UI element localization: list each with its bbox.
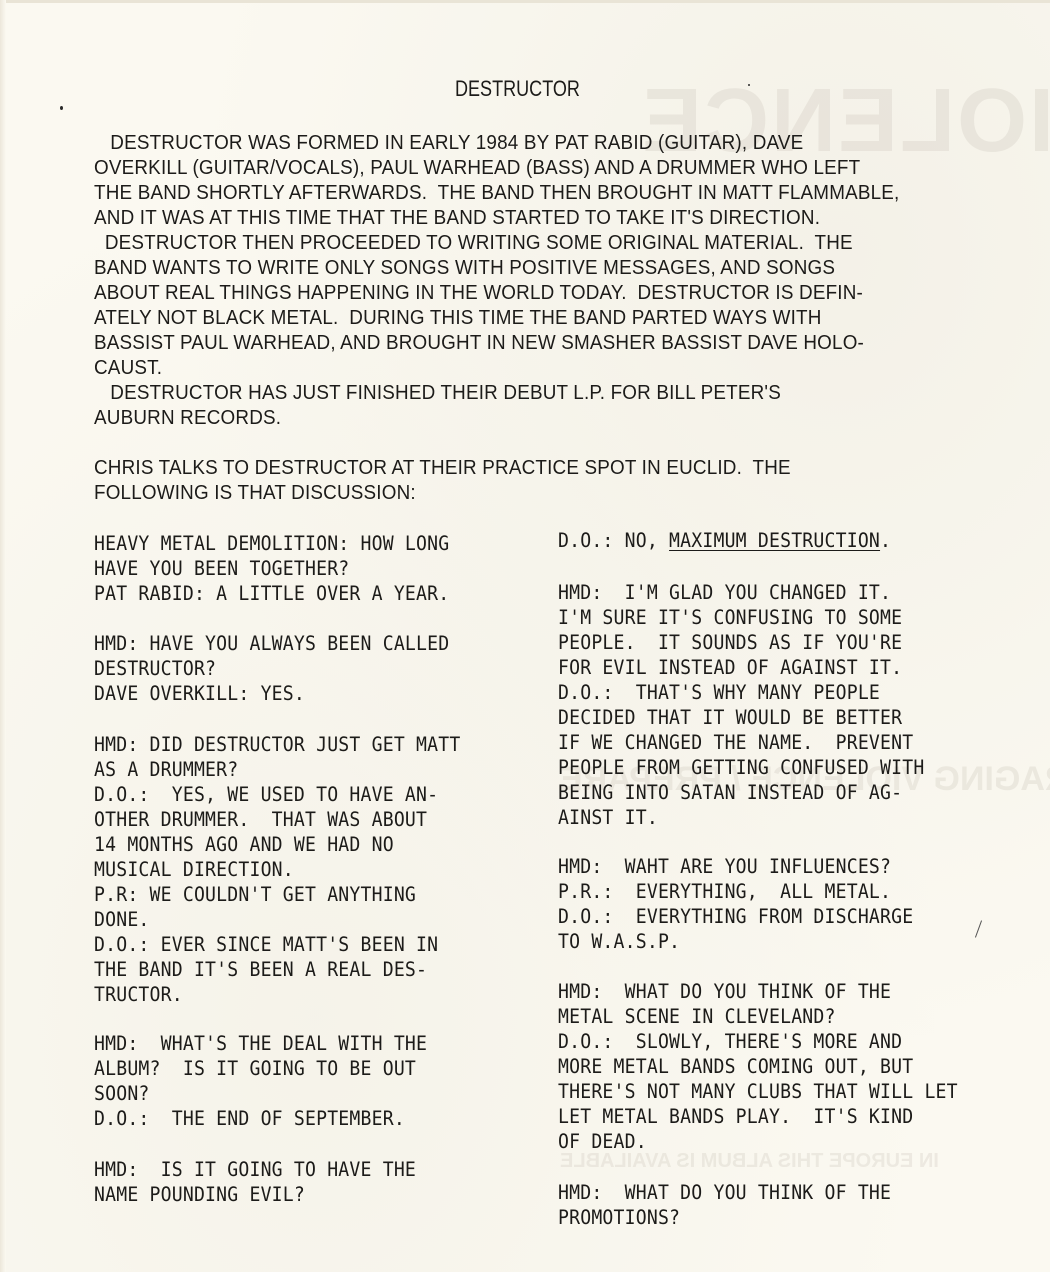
- text-line: AINST IT.: [558, 805, 658, 830]
- text-line: THE BAND IT'S BEEN A REAL DES-: [94, 957, 427, 982]
- text-line: HMD: IS IT GOING TO HAVE THE: [94, 1157, 416, 1182]
- text-line: TO W.A.S.P.: [558, 929, 680, 954]
- paper-top-edge: [0, 0, 1050, 3]
- text-line: P.R.: EVERYTHING, ALL METAL.: [558, 879, 891, 904]
- answer-prefix: D.O.: NO,: [558, 529, 669, 552]
- text-line: MORE METAL BANDS COMING OUT, BUT: [558, 1054, 913, 1079]
- text-line: D.O.: YES, WE USED TO HAVE AN-: [94, 782, 438, 807]
- ink-speck: [60, 106, 63, 110]
- text-line: DESTRUCTOR HAS JUST FINISHED THEIR DEBUT…: [94, 380, 781, 405]
- scanned-zine-page: RACING VIOLENCE RAGING VIOLENCE / PREPAR…: [0, 0, 1050, 1272]
- text-line: D.O.: THAT'S WHY MANY PEOPLE: [558, 680, 880, 705]
- text-line: DECIDED THAT IT WOULD BE BETTER: [558, 705, 902, 730]
- text-line: CAUST.: [94, 355, 162, 380]
- text-line: SOON?: [94, 1081, 150, 1106]
- text-line: HMD: I'M GLAD YOU CHANGED IT.: [558, 580, 891, 605]
- text-line: D.O.: THE END OF SEPTEMBER.: [94, 1106, 405, 1131]
- text-line: ALBUM? IS IT GOING TO BE OUT: [94, 1056, 416, 1081]
- text-line: BEING INTO SATAN INSTEAD OF AG-: [558, 780, 902, 805]
- text-line: P.R: WE COULDN'T GET ANYTHING: [94, 882, 416, 907]
- text-line: D.O.: EVER SINCE MATT'S BEEN IN: [94, 932, 438, 957]
- text-line: PAT RABID: A LITTLE OVER A YEAR.: [94, 581, 449, 606]
- text-line: HMD: WHAT DO YOU THINK OF THE: [558, 979, 891, 1004]
- text-line: OTHER DRUMMER. THAT WAS ABOUT: [94, 807, 427, 832]
- text-line: LET METAL BANDS PLAY. IT'S KIND: [558, 1104, 913, 1129]
- text-line: AND IT WAS AT THIS TIME THAT THE BAND ST…: [94, 205, 820, 230]
- text-line: HMD: WAHT ARE YOU INFLUENCES?: [558, 854, 891, 879]
- text-line: METAL SCENE IN CLEVELAND?: [558, 1004, 836, 1029]
- ink-speck: [748, 84, 750, 86]
- text-line: OF DEAD.: [558, 1129, 647, 1154]
- text-line: PEOPLE FROM GETTING CONFUSED WITH: [558, 755, 924, 780]
- text-line: HMD: WHAT DO YOU THINK OF THE: [558, 1180, 891, 1205]
- text-line: OVERKILL (GUITAR/VOCALS), PAUL WARHEAD (…: [94, 155, 860, 180]
- text-line: ATELY NOT BLACK METAL. DURING THIS TIME …: [94, 305, 822, 330]
- text-line: FOLLOWING IS THAT DISCUSSION:: [94, 480, 416, 505]
- answer-line: D.O.: NO, MAXIMUM DESTRUCTION.: [558, 528, 891, 553]
- text-line: CHRIS TALKS TO DESTRUCTOR AT THEIR PRACT…: [94, 455, 791, 480]
- paper-left-edge: [0, 0, 6, 1272]
- text-line: HEAVY METAL DEMOLITION: HOW LONG: [94, 531, 449, 556]
- album-title-underlined: MAXIMUM DESTRUCTION: [669, 529, 880, 552]
- text-line: 14 MONTHS AGO AND WE HAD NO: [94, 832, 394, 857]
- text-line: HMD: WHAT'S THE DEAL WITH THE: [94, 1031, 427, 1056]
- text-line: NAME POUNDING EVIL?: [94, 1182, 305, 1207]
- text-line: DESTRUCTOR?: [94, 656, 216, 681]
- text-line: PROMOTIONS?: [558, 1205, 680, 1230]
- text-line: D.O.: EVERYTHING FROM DISCHARGE: [558, 904, 913, 929]
- text-line: AUBURN RECORDS.: [94, 405, 281, 430]
- text-line: DAVE OVERKILL: YES.: [94, 681, 305, 706]
- text-line: THERE'S NOT MANY CLUBS THAT WILL LET: [558, 1079, 958, 1104]
- text-line: PEOPLE. IT SOUNDS AS IF YOU'RE: [558, 630, 902, 655]
- text-line: AS A DRUMMER?: [94, 757, 238, 782]
- text-line: HAVE YOU BEEN TOGETHER?: [94, 556, 349, 581]
- text-line: MUSICAL DIRECTION.: [94, 857, 294, 882]
- article-title: DESTRUCTOR: [455, 76, 580, 102]
- text-line: TRUCTOR.: [94, 982, 183, 1007]
- pen-stroke-mark: [975, 920, 982, 937]
- text-line: HMD: DID DESTRUCTOR JUST GET MATT: [94, 732, 460, 757]
- text-line: D.O.: SLOWLY, THERE'S MORE AND: [558, 1029, 902, 1054]
- text-line: I'M SURE IT'S CONFUSING TO SOME: [558, 605, 902, 630]
- text-line: FOR EVIL INSTEAD OF AGAINST IT.: [558, 655, 902, 680]
- text-line: THE BAND SHORTLY AFTERWARDS. THE BAND TH…: [94, 180, 899, 205]
- answer-suffix: .: [880, 529, 891, 552]
- text-line: HMD: HAVE YOU ALWAYS BEEN CALLED: [94, 631, 449, 656]
- text-line: ABOUT REAL THINGS HAPPENING IN THE WORLD…: [94, 280, 863, 305]
- text-line: BASSIST PAUL WARHEAD, AND BROUGHT IN NEW…: [94, 330, 864, 355]
- text-line: DESTRUCTOR THEN PROCEEDED TO WRITING SOM…: [94, 230, 853, 255]
- text-line: DONE.: [94, 907, 150, 932]
- text-line: BAND WANTS TO WRITE ONLY SONGS WITH POSI…: [94, 255, 835, 280]
- text-line: IF WE CHANGED THE NAME. PREVENT: [558, 730, 913, 755]
- text-line: DESTRUCTOR WAS FORMED IN EARLY 1984 BY P…: [94, 130, 803, 155]
